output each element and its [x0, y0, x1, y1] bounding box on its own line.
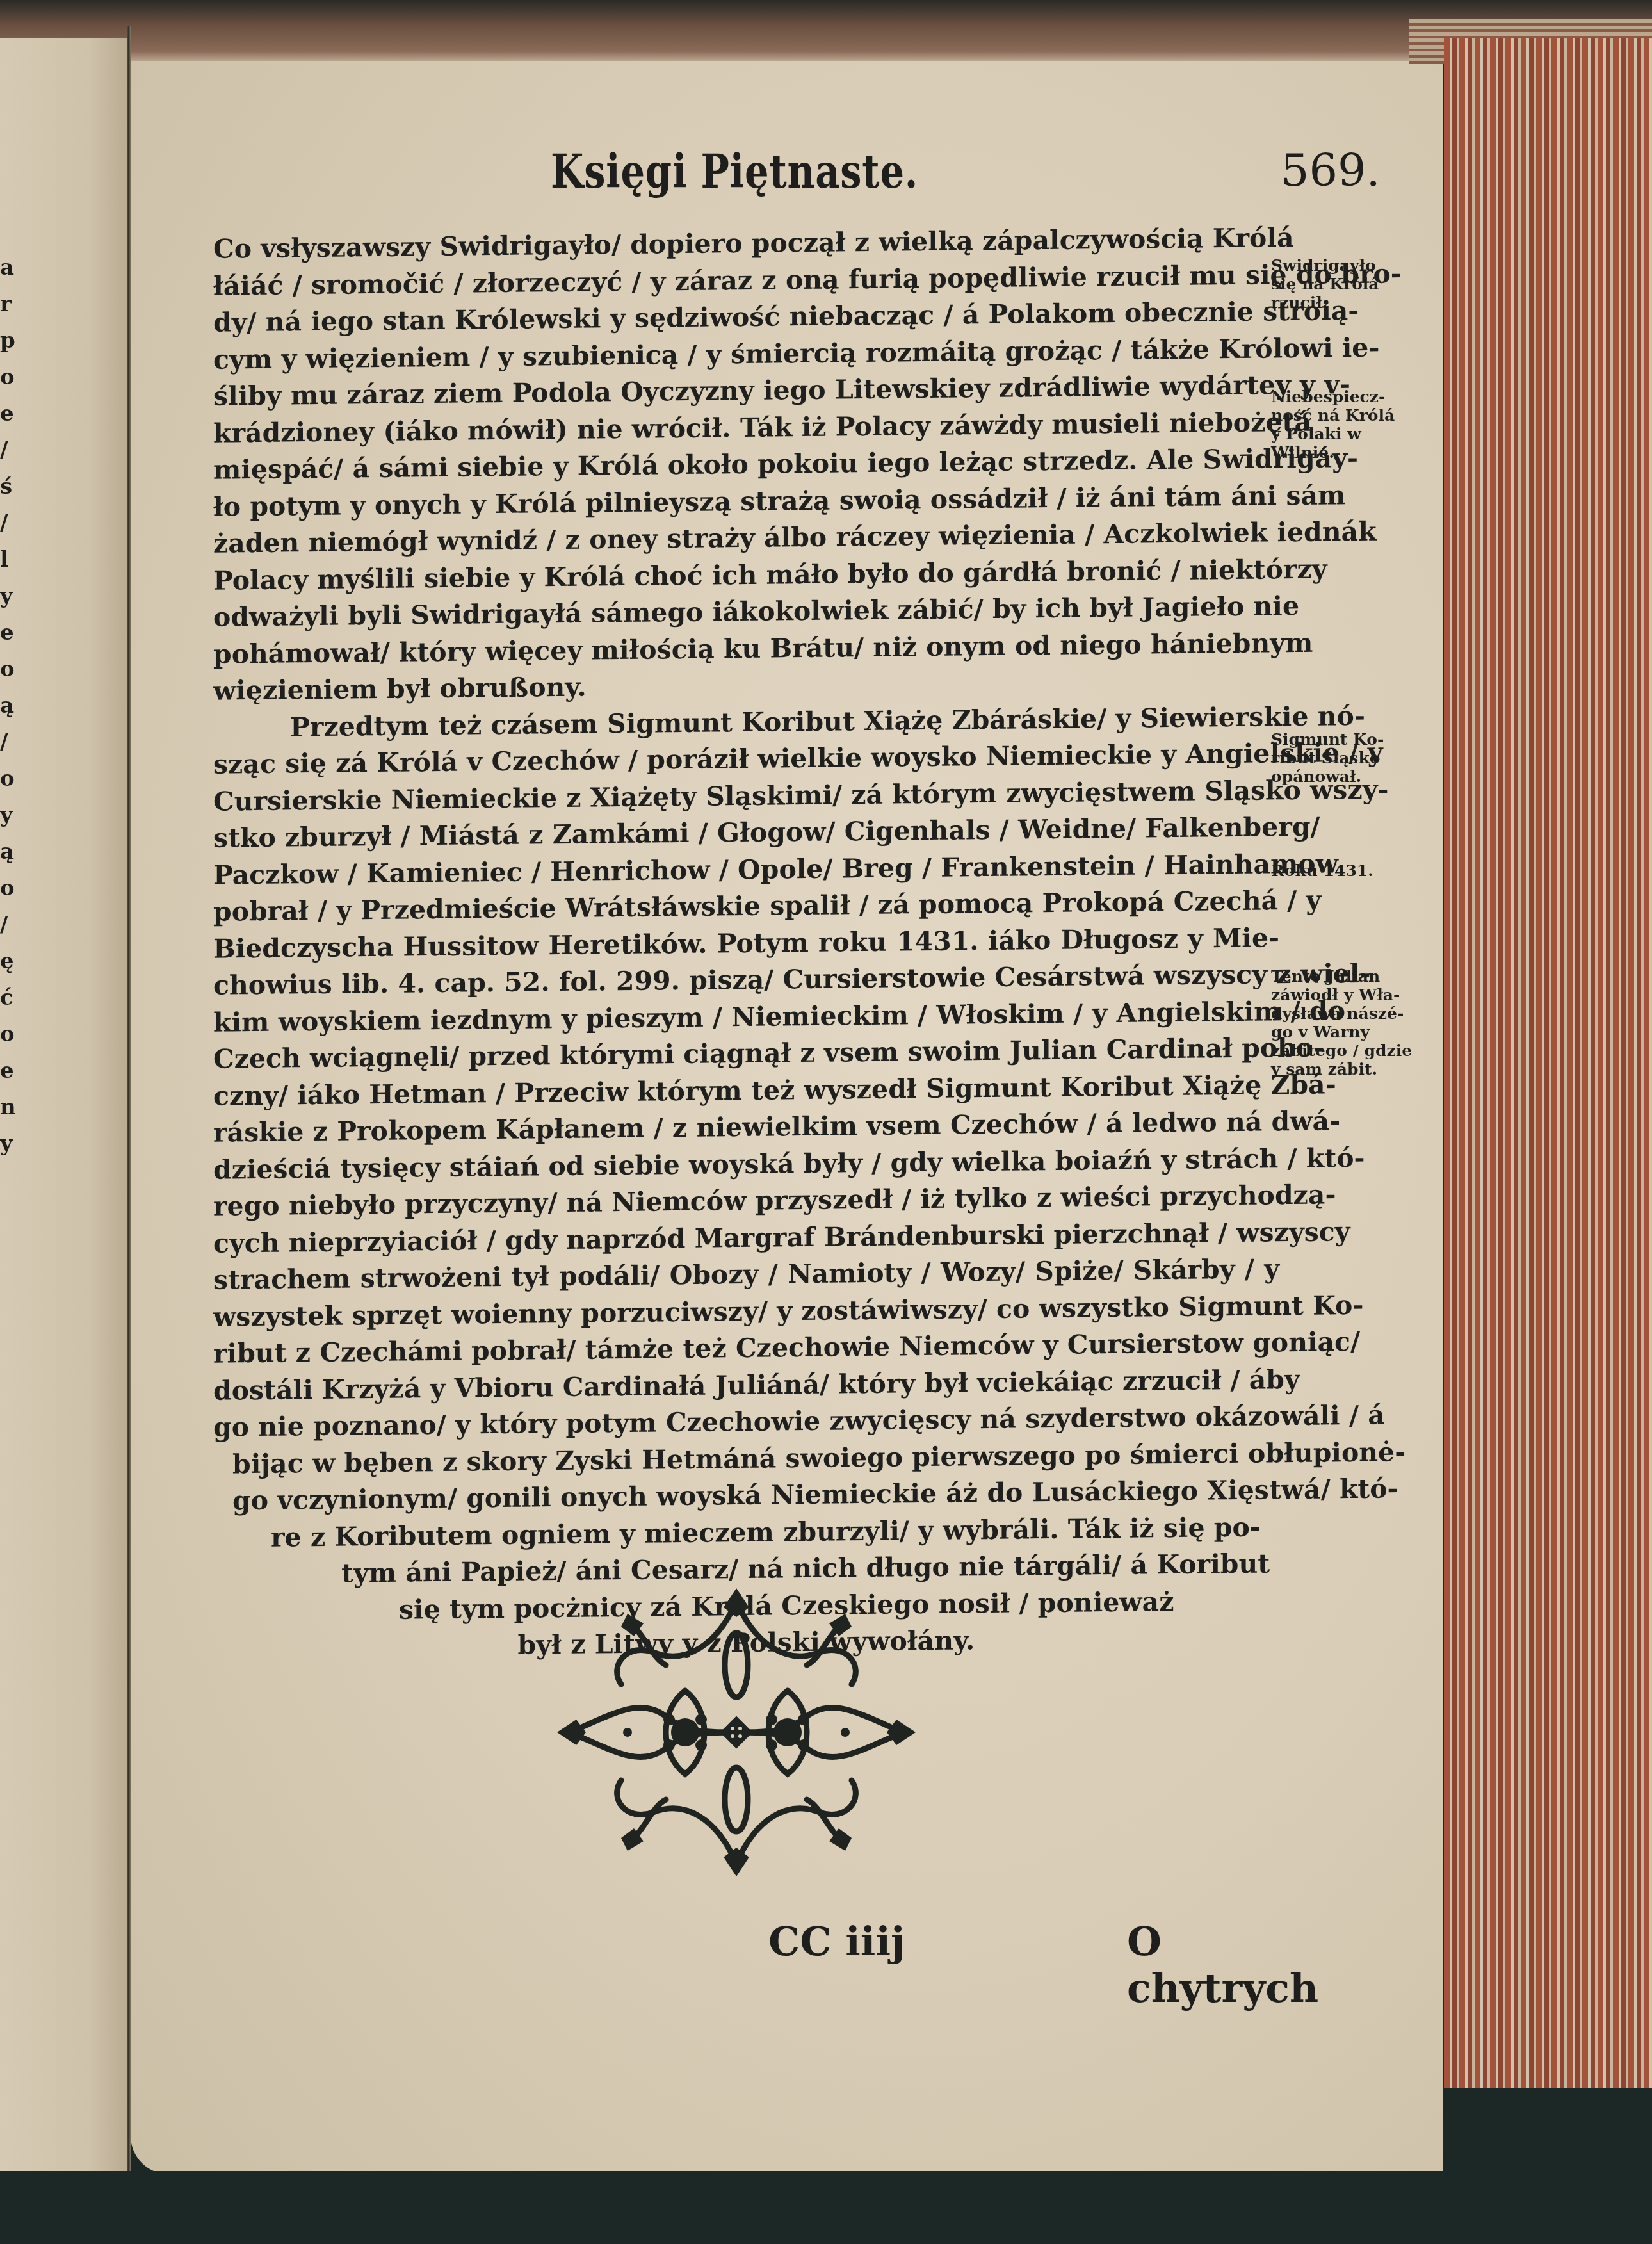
left-page-char: ę — [0, 943, 26, 980]
left-page-char: ą — [0, 688, 26, 724]
fleuron-ornament-icon — [557, 1588, 916, 1876]
left-page-char: l — [0, 542, 26, 578]
left-page-char: e — [0, 1053, 26, 1089]
left-page-char: / — [0, 907, 26, 943]
margin-note-line: y sam zábit. — [1271, 1060, 1425, 1078]
left-page-char: e — [0, 396, 26, 432]
left-page-char: / — [0, 505, 26, 542]
margin-note-julian: Tento Julian záwiodł y Wła- dysławá nász… — [1271, 967, 1425, 1078]
left-page-char: y — [0, 797, 26, 834]
left-page-char: o — [0, 870, 26, 907]
left-page-char: e — [0, 615, 26, 651]
background-table — [0, 2171, 1652, 2244]
margin-note-line: Tento Julian — [1271, 967, 1425, 986]
margin-note-line: Niebespiecz- — [1271, 387, 1425, 406]
margin-note-roku-1431: Roku 1431. — [1271, 861, 1425, 880]
margin-note-line: ność ná Królá — [1271, 406, 1425, 425]
margin-note-line: Swidrigayło — [1271, 256, 1425, 275]
left-page-char: r — [0, 286, 26, 323]
margin-note-line: ribut Sląsko — [1271, 749, 1425, 767]
left-page-char: a — [0, 250, 26, 286]
left-page-char: o — [0, 359, 26, 396]
page-footer: CC iiij O chytrych — [756, 1918, 1332, 1976]
left-page-fragment: arpoe/ś/lyeoą/oyąo/ęćoeny — [0, 38, 128, 2197]
catchword: O chytrych — [1127, 1918, 1332, 2012]
left-page-char: y — [0, 1126, 26, 1162]
margin-note-line: zábitego / gdzie — [1271, 1041, 1425, 1060]
margin-note-line: rzucił. — [1271, 293, 1425, 312]
signature-mark: CC iiij — [768, 1918, 905, 1965]
left-page-char: / — [0, 432, 26, 469]
left-page-char: p — [0, 323, 26, 359]
left-page-char: o — [0, 761, 26, 797]
page-fore-edge — [1444, 38, 1652, 2088]
running-title: Księgi Piętnaste. — [551, 144, 918, 199]
body-text: Co vsłyszawszy Swidrigayło/ dopiero pocz… — [213, 225, 1279, 1662]
margin-note-line: Wilnie. — [1271, 443, 1425, 462]
margin-note-line: Roku 1431. — [1271, 861, 1425, 880]
page-number: 569. — [1281, 144, 1381, 197]
book-top-edge — [0, 0, 1652, 64]
left-page-char: o — [0, 651, 26, 688]
left-page-char: o — [0, 1016, 26, 1053]
margin-note-niebespiecznosc: Niebespiecz- ność ná Królá y Polaki w Wi… — [1271, 387, 1425, 462]
margin-note-line: dysławá nászé- — [1271, 1004, 1425, 1023]
left-page-char: / — [0, 724, 26, 761]
margin-note-sigmunt-koribut: Sigmunt Ko- ribut Sląsko opánował. — [1271, 730, 1425, 786]
left-page-char: ś — [0, 469, 26, 505]
margin-note-line: záwiodł y Wła- — [1271, 986, 1425, 1004]
margin-note-line: się ná Królá — [1271, 275, 1425, 293]
margin-note-line: go v Warny — [1271, 1023, 1425, 1041]
page-header: Księgi Piętnaste. 569. — [512, 144, 1473, 208]
margin-note-line: y Polaki w — [1271, 425, 1425, 443]
left-page-char: y — [0, 578, 26, 615]
left-page-char: ć — [0, 980, 26, 1016]
left-page-char: n — [0, 1089, 26, 1126]
book-gutter — [127, 26, 131, 2190]
left-page-text-edge: arpoe/ś/lyeoą/oyąo/ęćoeny — [0, 250, 26, 1162]
left-page-char: ą — [0, 834, 26, 870]
margin-note-line: Sigmunt Ko- — [1271, 730, 1425, 749]
margin-note-line: opánował. — [1271, 767, 1425, 786]
margin-note-swidrigaylo: Swidrigayło się ná Królá rzucił. — [1271, 256, 1425, 312]
